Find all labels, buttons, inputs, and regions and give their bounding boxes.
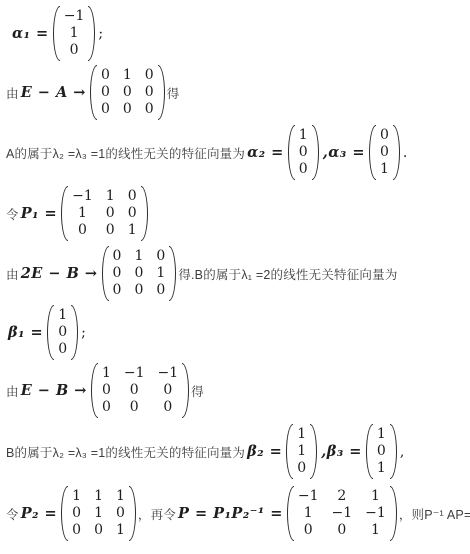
- left-paren: [61, 186, 68, 241]
- matrix-cell: 0: [297, 460, 306, 477]
- right-paren: [71, 305, 78, 360]
- matrix-cell: 1: [94, 488, 103, 505]
- matrix-cell: 0: [102, 399, 111, 416]
- matrix-2EB: 010001000: [102, 246, 177, 301]
- right-paren: [158, 65, 165, 120]
- right-paren: [182, 363, 189, 418]
- matrix-cell: 1: [106, 188, 115, 205]
- matrix-cell: 0: [101, 84, 110, 101]
- beta3-label: ,β₃ =: [321, 443, 362, 460]
- matrix-cell: 0: [304, 522, 313, 539]
- line-E-minus-B: 由 E − B → 1−1−1000000 得: [6, 363, 468, 418]
- matrix-cell: −1: [64, 8, 85, 25]
- matrix-cell: 0: [134, 265, 143, 282]
- cn-you: 由: [6, 84, 19, 102]
- cn-de: 得: [191, 382, 204, 400]
- matrix-P1: −110100001: [61, 186, 147, 241]
- matrix-cell: 0: [163, 382, 172, 399]
- matrix-cell: 1: [380, 161, 389, 178]
- matrix-cell: −1: [365, 505, 386, 522]
- matrix-cell: 0: [116, 505, 125, 522]
- matrix-cell: 0: [337, 522, 346, 539]
- left-paren: [61, 486, 68, 541]
- matrix-cell: 0: [130, 399, 139, 416]
- matrix-cell: −1: [72, 188, 93, 205]
- cn-zailing: 再令: [151, 505, 176, 523]
- matrix-EA: 010000000: [90, 65, 165, 120]
- matrix-cell: −1: [158, 365, 179, 382]
- P2-label: P₂ =: [21, 505, 57, 522]
- line-A-eigenvectors: A的属于λ₂ =λ₃ =1的线性无关的特征向量为 α₂ = 100 ,α₃ = …: [6, 125, 468, 180]
- right-paren: [393, 125, 400, 180]
- math-solution-document: α₁ = −110 ; 由 E − A → 010000000 得 A的属于λ₂…: [0, 0, 470, 554]
- matrix-alpha2: 100: [288, 125, 319, 180]
- left-paren: [91, 363, 98, 418]
- left-paren: [90, 65, 97, 120]
- cn-ling: 令: [6, 505, 19, 523]
- matrix-cell: 1: [94, 505, 103, 522]
- A-eigen-text: A的属于λ₂ =λ₃ =1的线性无关的特征向量为: [6, 144, 245, 162]
- right-paren: [390, 486, 397, 541]
- semicolon: ;: [98, 26, 103, 42]
- matrix-cell: 0: [134, 282, 143, 299]
- left-paren: [287, 486, 294, 541]
- comma-cn: ，: [399, 505, 412, 523]
- matrix-cell: 1: [78, 205, 87, 222]
- matrix-beta1: 100: [47, 305, 78, 360]
- matrix-cell: 0: [113, 248, 122, 265]
- matrix-P2: 111010001: [61, 486, 136, 541]
- matrix-cell: 0: [299, 161, 308, 178]
- matrix-cell: 0: [58, 324, 67, 341]
- cn-you: 由: [6, 382, 19, 400]
- line-alpha1: α₁ = −110 ;: [10, 6, 468, 61]
- P1-label: P₁ =: [21, 205, 57, 222]
- right-paren: [312, 125, 319, 180]
- comma: ,: [400, 444, 404, 460]
- line-E-minus-A: 由 E − A → 010000000 得: [6, 65, 468, 120]
- beta1-label: β₁ =: [8, 324, 43, 341]
- matrix-cell: 0: [113, 282, 122, 299]
- matrix-cell: 1: [134, 248, 143, 265]
- matrix-cell: 0: [78, 222, 87, 239]
- left-paren: [369, 125, 376, 180]
- matrix-cell: 0: [145, 67, 154, 84]
- matrix-beta2: 110: [286, 424, 317, 479]
- left-paren: [286, 424, 293, 479]
- matrix-cell: 0: [156, 282, 165, 299]
- line-P2-and-P: 令 P₂ = 111010001 ， 再令 P = P₁P₂⁻¹ = −1211…: [6, 486, 468, 541]
- matrix-cell: −1: [124, 365, 145, 382]
- matrix-cell: 0: [130, 382, 139, 399]
- left-paren: [47, 305, 54, 360]
- 2E-minus-B-expr: 2E − B →: [21, 265, 98, 282]
- matrix-cell: 1: [58, 307, 67, 324]
- line-beta1: β₁ = 100 ;: [6, 305, 468, 360]
- left-paren: [288, 125, 295, 180]
- matrix-cell: 0: [58, 341, 67, 358]
- matrix-cell: 1: [299, 127, 308, 144]
- B-eigen-text: B的属于λ₂ =λ₃ =1的线性无关的特征向量为: [6, 443, 245, 461]
- matrix-cell: 1: [377, 460, 386, 477]
- alpha2-label: α₂ =: [247, 144, 284, 161]
- matrix-cell: 0: [145, 101, 154, 118]
- line-P1: 令 P₁ = −110100001: [6, 186, 468, 241]
- alpha3-label: ,α₃ =: [323, 144, 365, 161]
- matrix-cell: 0: [145, 84, 154, 101]
- matrix-cell: 0: [380, 127, 389, 144]
- matrix-cell: 0: [94, 522, 103, 539]
- matrix-cell: 1: [371, 522, 380, 539]
- cn-ling: 令: [6, 205, 19, 223]
- matrix-cell: 0: [299, 144, 308, 161]
- matrix-cell: 1: [123, 67, 132, 84]
- matrix-cell: 1: [297, 426, 306, 443]
- beta2-label: β₂ =: [247, 443, 282, 460]
- matrix-cell: 1: [102, 365, 111, 382]
- matrix-cell: 1: [72, 488, 81, 505]
- right-paren: [390, 424, 397, 479]
- matrix-cell: 0: [101, 67, 110, 84]
- cn-you: 由: [6, 265, 19, 283]
- matrix-cell: 1: [371, 488, 380, 505]
- matrix-cell: 2: [337, 488, 346, 505]
- E-minus-B-expr: E − B →: [21, 382, 87, 399]
- alpha1-label: α₁ =: [12, 25, 49, 42]
- matrix-cell: 0: [113, 265, 122, 282]
- right-paren: [129, 486, 136, 541]
- matrix-cell: 1: [297, 443, 306, 460]
- matrix-P: −1211−1−1001: [287, 486, 397, 541]
- cn-de: 得: [167, 84, 180, 102]
- matrix-cell: 0: [101, 101, 110, 118]
- matrix-cell: 0: [156, 248, 165, 265]
- matrix-alpha3: 001: [369, 125, 400, 180]
- matrix-cell: 0: [72, 505, 81, 522]
- period: .: [403, 145, 407, 161]
- matrix-cell: 1: [304, 505, 313, 522]
- right-paren: [88, 6, 95, 61]
- B-lambda1-text: 得.B的属于λ₁ =2的线性无关特征向量为: [178, 265, 397, 283]
- semicolon: ;: [81, 325, 86, 341]
- conclusion-text: 则P⁻¹ AP=B.: [412, 505, 470, 523]
- P-equals-expr: P = P₁P₂⁻¹ =: [178, 505, 283, 522]
- matrix-cell: 0: [123, 84, 132, 101]
- matrix-cell: 0: [377, 443, 386, 460]
- matrix-cell: 1: [156, 265, 165, 282]
- matrix-cell: 1: [70, 25, 79, 42]
- matrix-cell: 1: [377, 426, 386, 443]
- matrix-cell: 0: [72, 522, 81, 539]
- right-paren: [310, 424, 317, 479]
- matrix-EB: 1−1−1000000: [91, 363, 189, 418]
- line-B-eigenvectors: B的属于λ₂ =λ₃ =1的线性无关的特征向量为 β₂ = 110 ,β₃ = …: [6, 424, 468, 479]
- matrix-cell: 0: [128, 205, 137, 222]
- matrix-beta3: 101: [366, 424, 397, 479]
- matrix-cell: 1: [116, 488, 125, 505]
- matrix-cell: 0: [128, 188, 137, 205]
- matrix-cell: −1: [298, 488, 319, 505]
- comma-cn: ，: [138, 505, 151, 523]
- left-paren: [53, 6, 60, 61]
- matrix-cell: 0: [163, 399, 172, 416]
- matrix-cell: 0: [380, 144, 389, 161]
- matrix-cell: 0: [70, 42, 79, 59]
- left-paren: [366, 424, 373, 479]
- matrix-alpha1: −110: [53, 6, 96, 61]
- matrix-cell: 0: [106, 205, 115, 222]
- E-minus-A-expr: E − A →: [21, 84, 86, 101]
- matrix-cell: 1: [128, 222, 137, 239]
- matrix-cell: 0: [106, 222, 115, 239]
- matrix-cell: 1: [116, 522, 125, 539]
- right-paren: [141, 186, 148, 241]
- line-2E-minus-B: 由 2E − B → 010001000 得.B的属于λ₁ =2的线性无关特征向…: [6, 246, 468, 301]
- left-paren: [102, 246, 109, 301]
- matrix-cell: 0: [102, 382, 111, 399]
- matrix-cell: −1: [332, 505, 353, 522]
- matrix-cell: 0: [123, 101, 132, 118]
- right-paren: [169, 246, 176, 301]
